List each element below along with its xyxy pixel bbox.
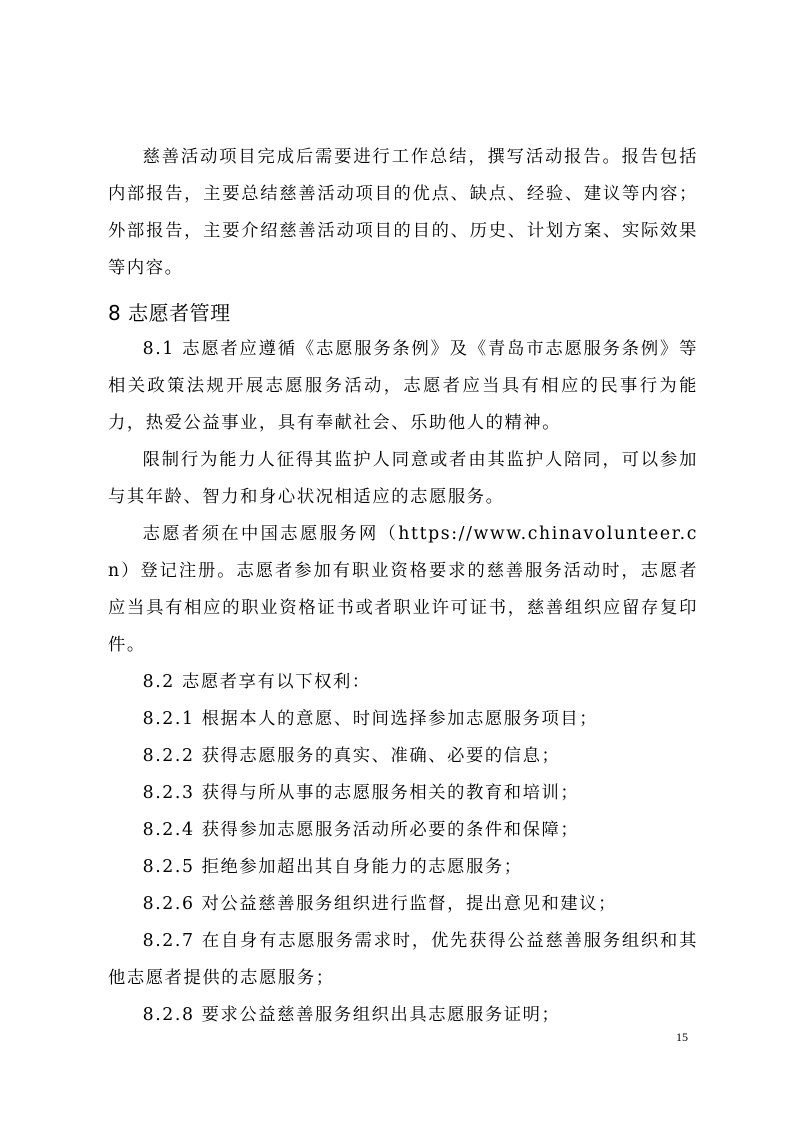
paragraph-registration: 志愿者须在中国志愿服务网（https://www.chinavolunteer.… bbox=[108, 516, 698, 664]
clause-8-1: 8.1 志愿者应遵循《志愿服务条例》及《青岛市志愿服务条例》等相关政策法规开展志… bbox=[108, 331, 698, 442]
clause-8-2-8: 8.2.8 要求公益慈善服务组织出具志愿服务证明； bbox=[108, 997, 698, 1034]
section-heading: 8 志愿者管理 bbox=[108, 299, 698, 327]
paragraph-summary-report: 慈善活动项目完成后需要进行工作总结，撰写活动报告。报告包括内部报告，主要总结慈善… bbox=[108, 139, 698, 287]
page-content: 慈善活动项目完成后需要进行工作总结，撰写活动报告。报告包括内部报告，主要总结慈善… bbox=[108, 139, 698, 1034]
clause-8-2-3: 8.2.3 获得与所从事的志愿服务相关的教育和培训； bbox=[108, 775, 698, 812]
clause-8-2-2: 8.2.2 获得志愿服务的真实、准确、必要的信息； bbox=[108, 738, 698, 775]
clause-8-2-1: 8.2.1 根据本人的意愿、时间选择参加志愿服务项目； bbox=[108, 701, 698, 738]
clause-8-2: 8.2 志愿者享有以下权利： bbox=[108, 664, 698, 701]
clause-8-2-4: 8.2.4 获得参加志愿服务活动所必要的条件和保障； bbox=[108, 812, 698, 849]
page-number: 15 bbox=[676, 1030, 688, 1045]
document-page: 慈善活动项目完成后需要进行工作总结，撰写活动报告。报告包括内部报告，主要总结慈善… bbox=[0, 0, 793, 1122]
clause-8-2-5: 8.2.5 拒绝参加超出其自身能力的志愿服务； bbox=[108, 849, 698, 886]
clause-8-2-7: 8.2.7 在自身有志愿服务需求时，优先获得公益慈善服务组织和其他志愿者提供的志… bbox=[108, 923, 698, 997]
clause-8-2-6: 8.2.6 对公益慈善服务组织进行监督，提出意见和建议； bbox=[108, 886, 698, 923]
paragraph-limited-capacity: 限制行为能力人征得其监护人同意或者由其监护人陪同，可以参加与其年龄、智力和身心状… bbox=[108, 442, 698, 516]
